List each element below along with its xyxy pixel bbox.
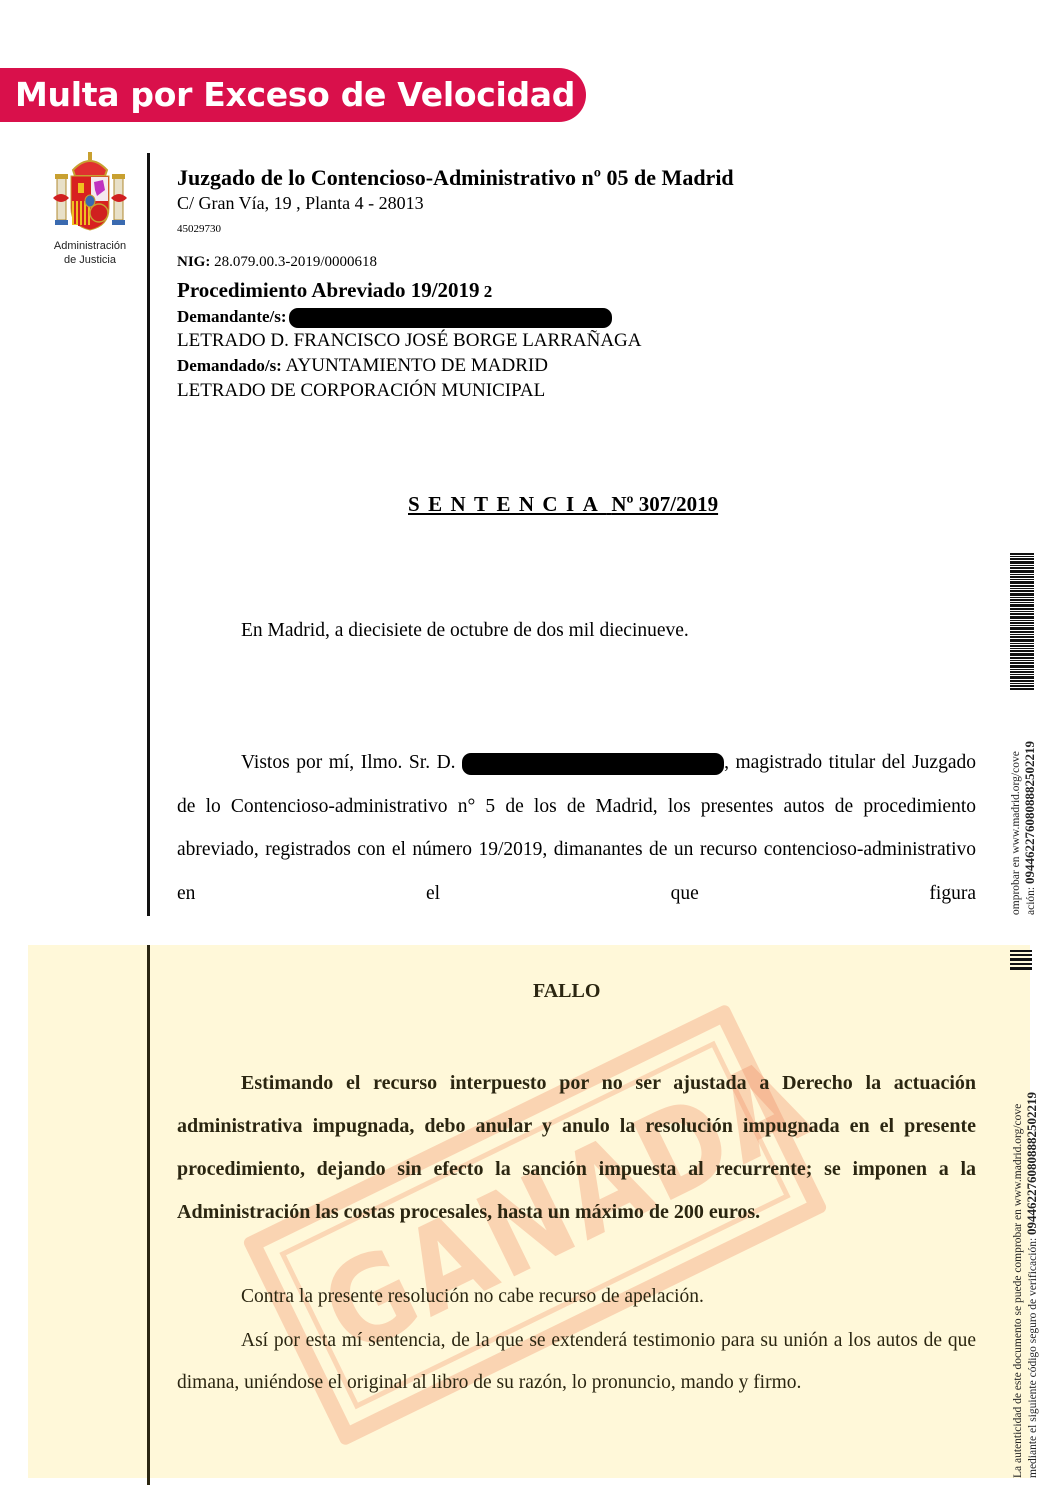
no-appeal-paragraph: Contra la presente resolución no cabe re…	[177, 1276, 976, 1318]
plaintiff-redaction	[289, 308, 612, 328]
closing-paragraph: Así por esta mí sentencia, de la que se …	[177, 1320, 976, 1404]
nig-value: 28.079.00.3-2019/0000618	[210, 254, 377, 270]
procedure-line: Procedimiento Abreviado 19/2019 2	[177, 278, 492, 303]
nig-label: NIG:	[177, 254, 210, 270]
margin-line-top	[147, 153, 150, 916]
procedure-title: Procedimiento Abreviado 19/2019	[177, 278, 480, 302]
sentence-number: Nº 307/2019	[611, 492, 718, 516]
court-code: 45029730	[177, 223, 221, 235]
defendant-value: AYUNTAMIENTO DE MADRID	[282, 355, 548, 376]
logo-text-line1: Administración	[50, 240, 130, 252]
logo-text-line2: de Justicia	[50, 254, 130, 266]
vistos-start: Vistos por mí, Ilmo. Sr. D.	[241, 752, 462, 773]
procedure-suffix: 2	[480, 282, 493, 301]
judge-redaction	[462, 753, 724, 775]
verification-text-bottom: La autenticidad de este documento se pue…	[1012, 1092, 1040, 1478]
verification-top-line2: ación: 0944622760808882502219	[1023, 741, 1038, 915]
plaintiff-label: Demandante/s:	[177, 307, 287, 326]
vistos-paragraph: Vistos por mí, Ilmo. Sr. D. , magistrado…	[177, 741, 976, 915]
defendant-lawyer: LETRADO DE CORPORACIÓN MUNICIPAL	[177, 380, 545, 402]
no-appeal-text: Contra la presente resolución no cabe re…	[241, 1286, 704, 1307]
defendant-label: Demandado/s:	[177, 356, 282, 375]
verification-bottom-line2: mediante el siguiente código seguro de v…	[1025, 1092, 1040, 1478]
sentence-date: En Madrid, a diecisiete de octubre de do…	[241, 620, 689, 642]
barcode-bottom	[1010, 950, 1032, 970]
coat-of-arms-icon	[51, 150, 129, 238]
page-banner: Multa por Exceso de Velocidad	[0, 68, 586, 122]
verification-code-top: 0944622760808882502219	[1022, 741, 1037, 884]
plaintiff-line: Demandante/s:	[177, 307, 612, 328]
sentence-title-word: SENTENCIA	[408, 492, 606, 516]
vistos-rest: , magistrado titular del Juzgado de lo C…	[177, 752, 976, 904]
verification-text-top: omprobar en www.madrid.org/cove ación: 0…	[1010, 741, 1038, 915]
sentence-title: SENTENCIA Nº 307/2019	[408, 492, 718, 517]
closing-text: Así por esta mí sentencia, de la que se …	[177, 1330, 976, 1393]
court-address: C/ Gran Vía, 19 , Planta 4 - 28013	[177, 193, 424, 214]
plaintiff-lawyer: LETRADO D. FRANCISCO JOSÉ BORGE LARRAÑAG…	[177, 330, 641, 352]
ruling-text: Estimando el recurso interpuesto por no …	[177, 1072, 976, 1223]
nig-line: NIG: 28.079.00.3-2019/0000618	[177, 254, 377, 271]
barcode-top	[1010, 553, 1034, 690]
justice-logo: Administración de Justicia	[50, 150, 130, 266]
court-name: Juzgado de lo Contencioso-Administrativo…	[177, 165, 734, 191]
margin-line-bottom	[147, 945, 150, 1485]
fallo-heading: FALLO	[533, 980, 600, 1003]
defendant-line: Demandado/s: AYUNTAMIENTO DE MADRID	[177, 355, 548, 377]
verification-code-bottom: 0944622760808882502219	[1024, 1092, 1039, 1235]
ruling-paragraph: Estimando el recurso interpuesto por no …	[177, 1062, 976, 1234]
